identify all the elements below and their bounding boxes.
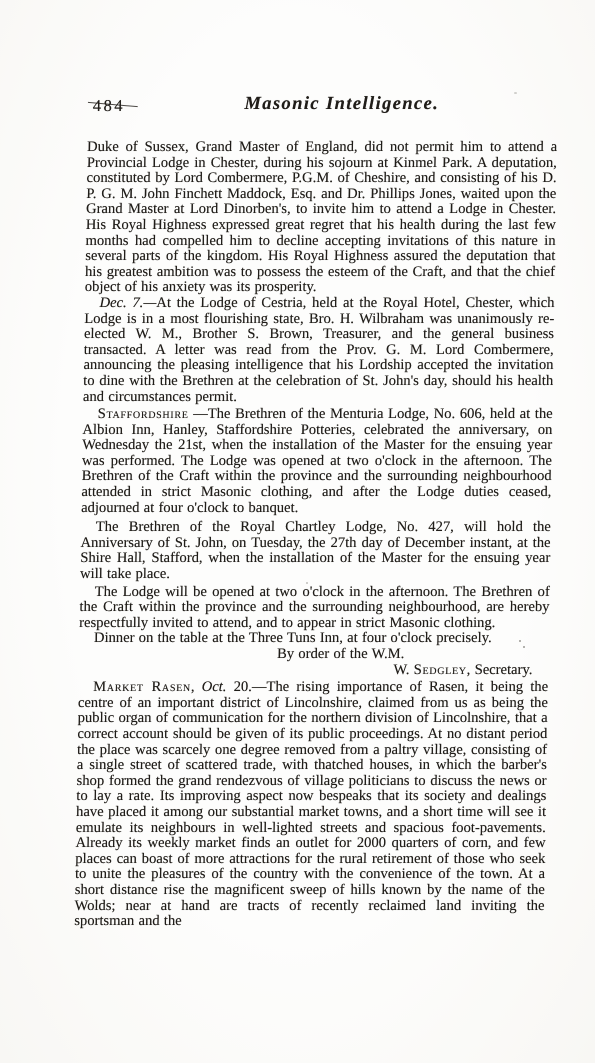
- county-lead-in: Staffordshire: [98, 406, 189, 422]
- paragraph-lodge-of-cestria: Dec. 7.—At the Lodge of Cestria, held at…: [83, 296, 555, 405]
- paragraph-text: At the Lodge of Cestria, held at the Roy…: [83, 295, 555, 405]
- paragraph-text: The Brethren of the Royal Chartley Lodge…: [80, 519, 551, 582]
- text-block: 484 Masonic Intelligence. Duke of Sussex…: [74, 94, 558, 930]
- paragraph-text: ,: [191, 679, 202, 695]
- signature-title: , Secretary.: [467, 662, 533, 678]
- paragraph-dinner-notice: Dinner on the table at the Three Tuns In…: [79, 631, 549, 647]
- page-body: Duke of Sussex, Grand Master of England,…: [74, 140, 557, 930]
- paragraph-market-rasen: Market Rasen, Oct. 20.—The rising import…: [74, 680, 548, 930]
- paragraph-text: Duke of Sussex, Grand Master of England,…: [85, 139, 558, 295]
- byline-signature: W. Sedgley, Secretary.: [78, 663, 548, 679]
- byline-order: By order of the W.M.: [79, 647, 549, 663]
- running-title: Masonic Intelligence.: [88, 94, 558, 115]
- date-lead-in: Oct.: [202, 679, 227, 695]
- scanned-page: 484 Masonic Intelligence. Duke of Sussex…: [0, 0, 595, 1063]
- signature-initial: W.: [393, 662, 414, 678]
- page-number: 484: [93, 96, 126, 116]
- paragraph-text: The Lodge will be opened at two o'clock …: [79, 584, 550, 631]
- date-lead-in: Dec. 7.—: [99, 295, 156, 311]
- paragraph-lodge-opening: The Lodge will be opened at two o'clock …: [79, 585, 550, 632]
- town-lead-in: Market Rasen: [93, 679, 191, 695]
- signature-name: Sedgley: [414, 662, 467, 678]
- paragraph-royal-chartley: The Brethren of the Royal Chartley Lodge…: [80, 520, 551, 582]
- paragraph-text: —The Brethren of the Menturia Lodge, No.…: [81, 406, 553, 516]
- paragraph-duke-of-sussex: Duke of Sussex, Grand Master of England,…: [85, 140, 558, 296]
- paragraph-text: 20.—The rising importance of Rasen, it b…: [74, 679, 548, 929]
- page-header: 484 Masonic Intelligence.: [88, 94, 558, 124]
- paragraph-text: Dinner on the table at the Three Tuns In…: [94, 630, 492, 646]
- paragraph-staffordshire: Staffordshire —The Brethren of the Mentu…: [81, 407, 553, 516]
